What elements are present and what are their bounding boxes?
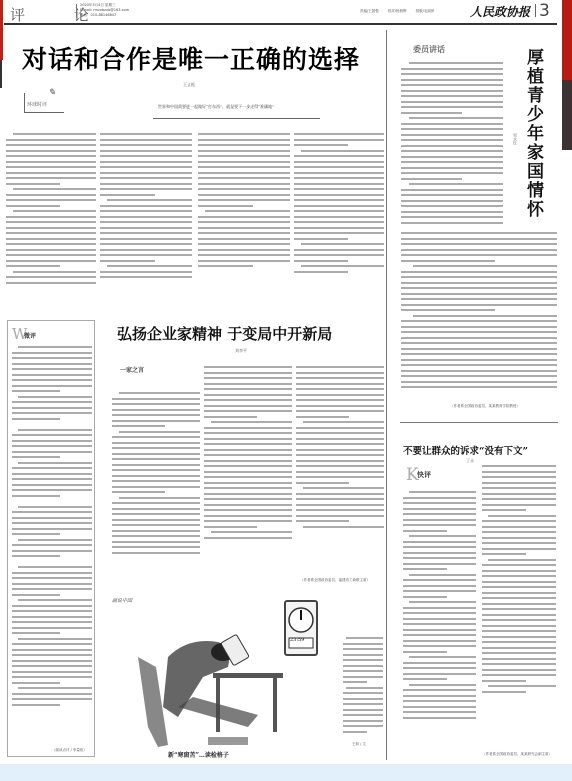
main-lead: 世界和中国需要进一起做好“打东西”，就是要下一步走得“准确地” — [158, 104, 318, 110]
right-lower-footer: （作者系全国政协委员、某某研究会副主席） — [482, 752, 556, 757]
header-phone: 电话：010-88146847 — [80, 13, 129, 18]
cartoon-caption: 新“寒窗苦”…读检格子 — [168, 750, 229, 759]
column-divider — [386, 30, 387, 320]
newspaper-logo: 人民政协报 — [470, 3, 530, 20]
layout-name: 排版/毛丽萍 — [416, 9, 435, 13]
right-top-author: 吴永红 — [512, 133, 518, 145]
weiping-footer: （阅读点评 / 李量侠） — [52, 748, 87, 753]
right-top-headline: 厚植青少年家国情怀 — [522, 48, 542, 219]
right-lower-author: 丁永 — [466, 458, 474, 464]
right-top-footer: （作者系全国政协委员、某某教育学院教授） — [450, 404, 520, 409]
section-rule — [400, 422, 558, 423]
right-top-col-1 — [401, 62, 503, 228]
kuaiping-label: 快评 — [417, 470, 431, 480]
lead-rule — [153, 118, 320, 119]
header-meta: 2020年3月4日 星期三 E-mail: rmzxbzxb@163.com 电… — [80, 3, 129, 18]
cartoon-credit: 王莉 / 文 — [352, 742, 366, 747]
header-editors: 责编/王国强 校对/杨晨辉 排版/毛丽萍 — [360, 9, 434, 14]
column-tag-yijiazhiyan: 一家之言 — [120, 365, 144, 374]
main-headline: 对话和合作是唯一正确的选择 — [22, 40, 360, 76]
main-article-col-2 — [100, 133, 192, 313]
right-accent-bar — [562, 0, 572, 80]
header-divider — [76, 4, 77, 18]
column-tag-weiyuan: 委员讲话 — [413, 44, 445, 55]
left-accent-bar — [0, 0, 3, 60]
right-top-col-2 — [401, 232, 557, 392]
sub-headline: 弘扬企业家精神 于变局中开新局 — [117, 323, 332, 344]
right-lower-col-2 — [482, 465, 556, 759]
header-rule — [4, 23, 557, 25]
proofreader-name: 校对/杨晨辉 — [388, 9, 407, 13]
sub-author: 刘李平 — [235, 348, 247, 354]
clock-icon — [284, 600, 318, 656]
pen-icon: ✎ — [48, 88, 56, 98]
main-author: 王义桅 — [183, 82, 195, 88]
sub-article-col-2 — [204, 366, 292, 592]
sub-article-footer: （作者系全国政协委员、福建省工商联主席） — [300, 578, 384, 583]
main-article-col-4 — [294, 133, 384, 313]
column-divider-lower — [386, 320, 387, 760]
weiping-label: 微评 — [24, 331, 36, 340]
main-article-col-3 — [198, 133, 290, 313]
left-dark-bar — [0, 60, 2, 88]
cartoon-column-label: 画说中国 — [112, 597, 132, 604]
page-divider — [535, 4, 536, 17]
weiping-text — [12, 346, 92, 746]
clock-display: 23:59 — [290, 637, 304, 643]
editor-name: 责编/王国强 — [360, 9, 379, 13]
sub-article-col-3 — [296, 366, 384, 592]
cartoon-illustration — [108, 597, 293, 755]
sub-article-col-1 — [112, 392, 200, 592]
bottom-band — [0, 764, 572, 781]
main-article-col-1 — [6, 133, 96, 313]
page-number: 3 — [539, 1, 550, 21]
right-lower-headline: 不要让群众的诉求“没有下文” — [403, 443, 528, 457]
right-dark-bar — [562, 80, 572, 150]
right-lower-col-1 — [403, 491, 476, 759]
cartoon-side-text — [343, 637, 383, 737]
column-stamp: 环球时评 — [24, 93, 64, 113]
